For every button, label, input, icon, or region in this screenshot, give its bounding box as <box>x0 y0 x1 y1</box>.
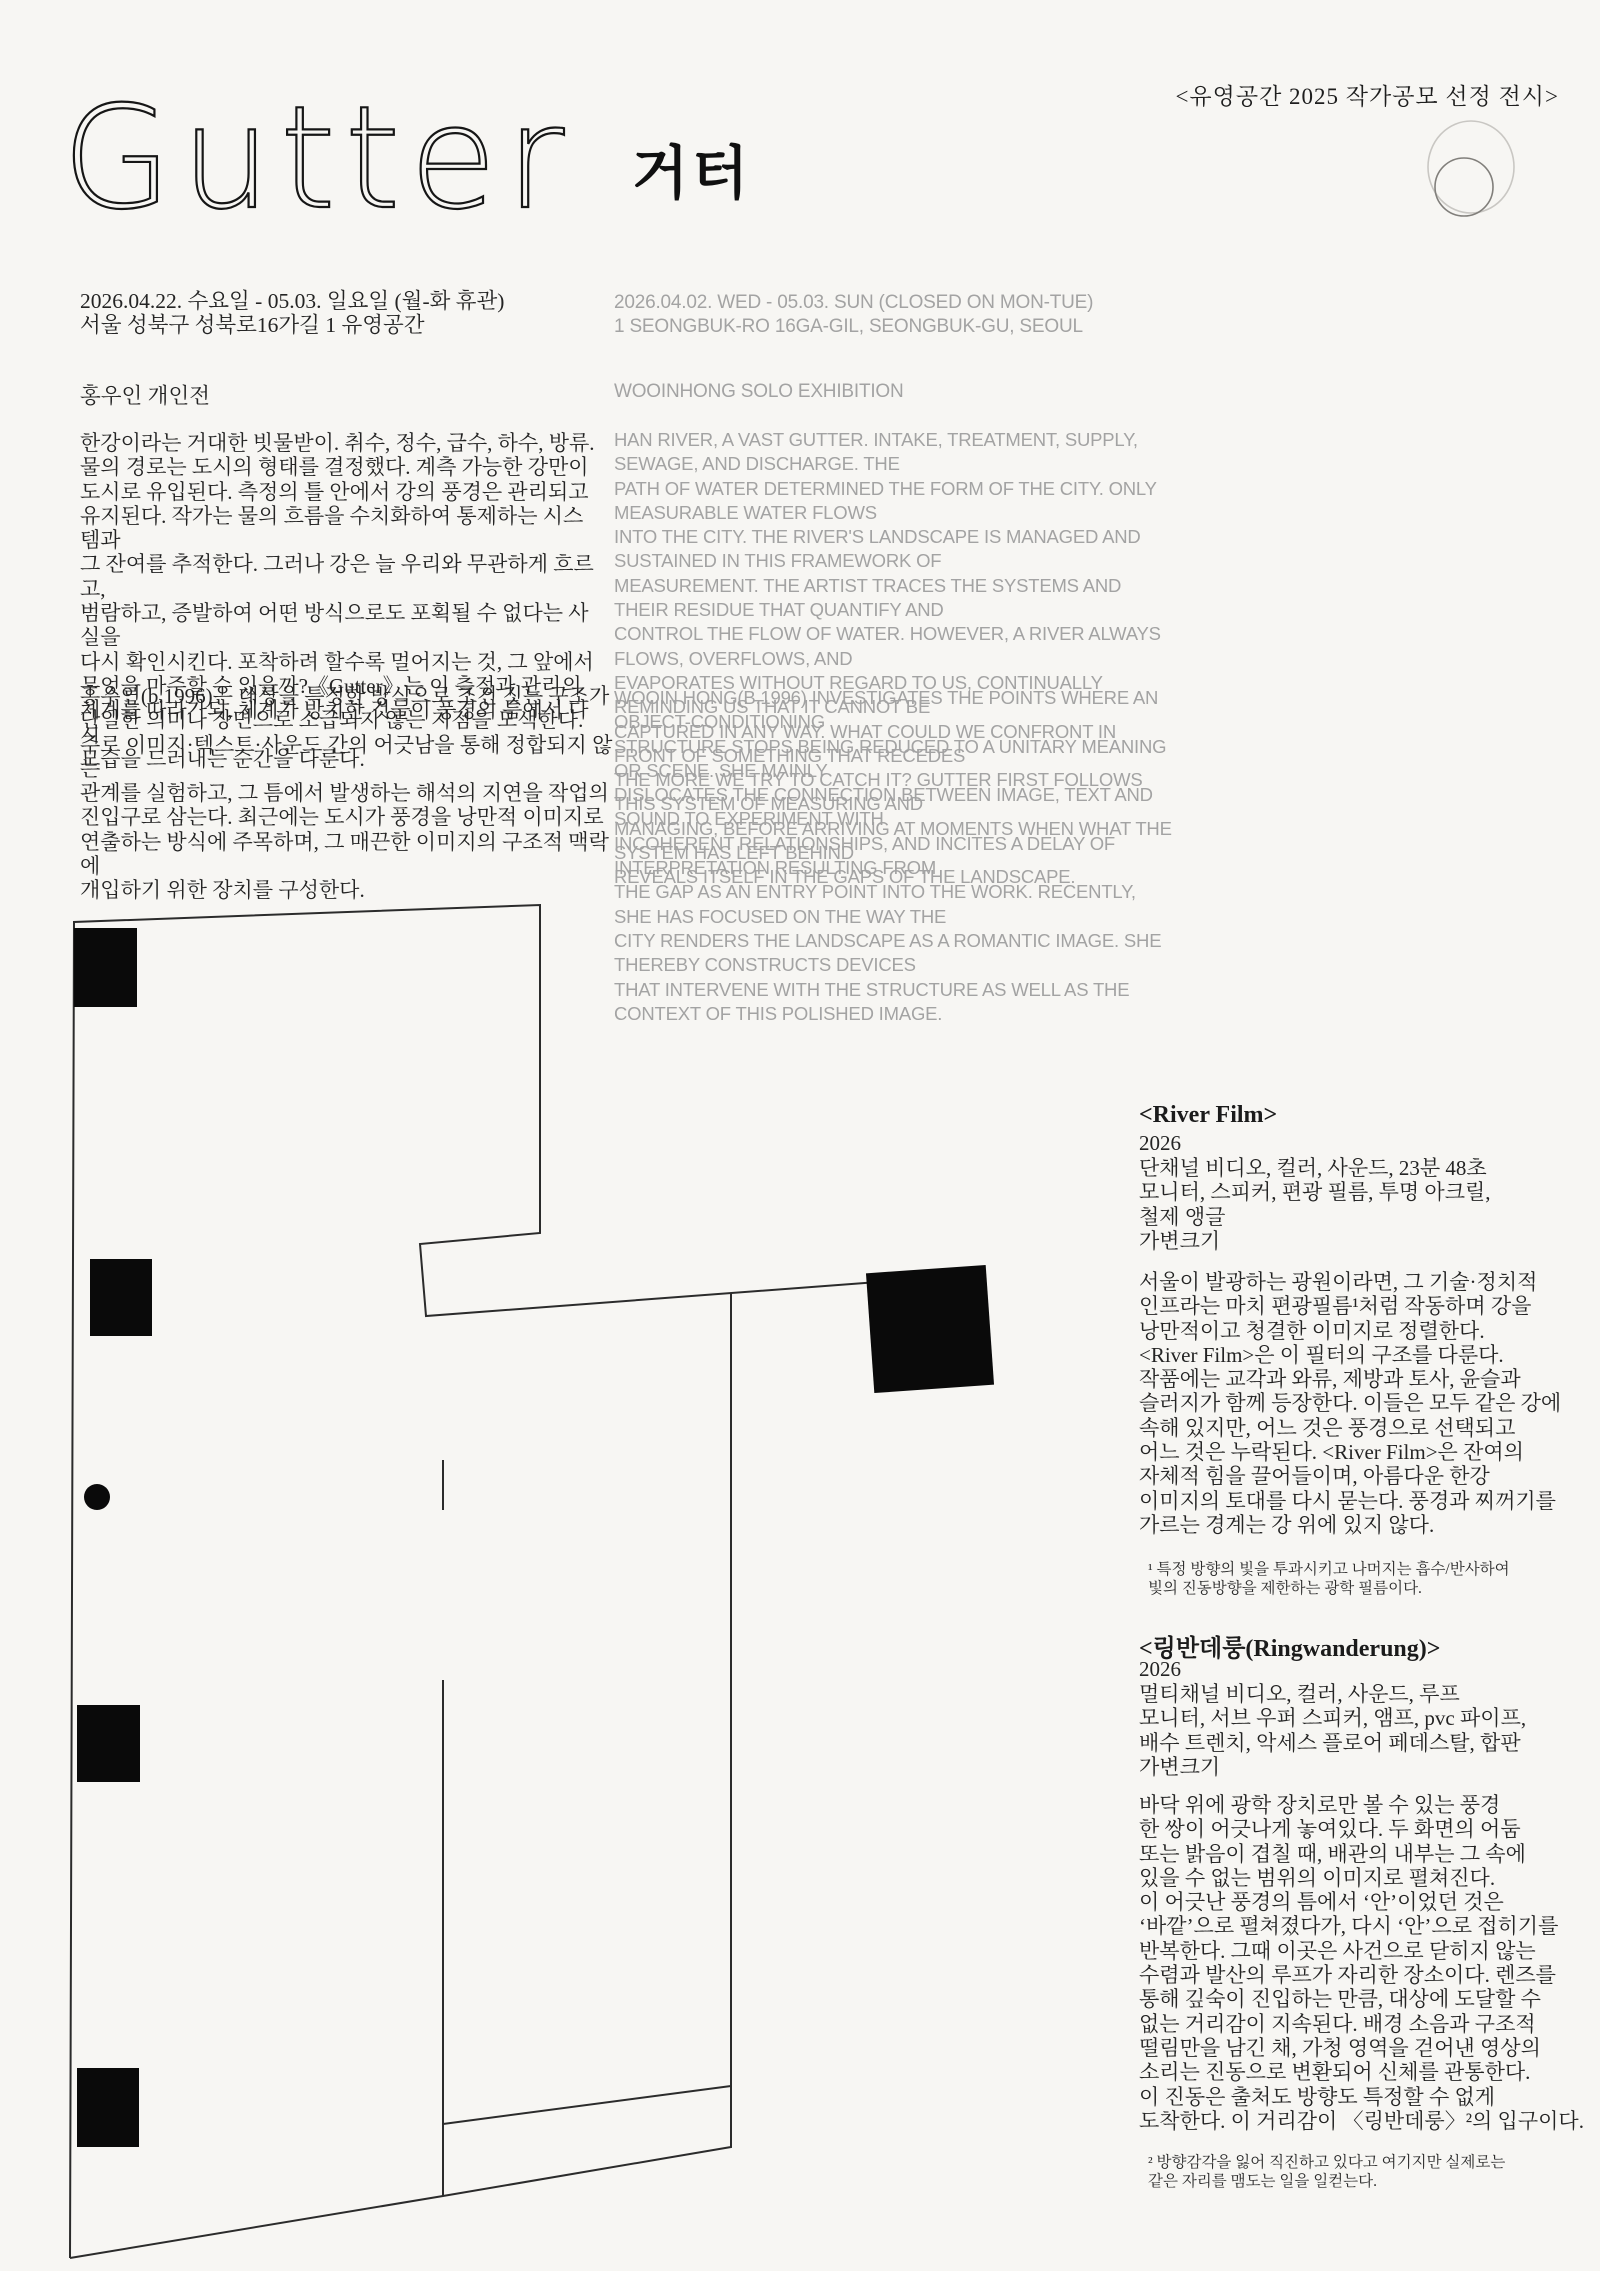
work-ring-body: 바닥 위에 광학 장치로만 볼 수 있는 풍경 한 쌍이 어긋나게 놓여있다. … <box>1139 1793 1589 2133</box>
dates-english: 2026.04.02. WED - 05.03. SUN (CLOSED ON … <box>614 291 1093 340</box>
logo-wordmark: Gutter <box>62 88 573 230</box>
marker-dot <box>84 1484 110 1510</box>
marker-square-1 <box>74 928 137 1007</box>
work-river-details: 2026 단채널 비디오, 컬러, 사운드, 23분 48초 모니터, 스피커,… <box>1139 1131 1491 1254</box>
work-river-title: <River Film> <box>1139 1102 1277 1129</box>
plan-outline-lower <box>70 1294 731 2258</box>
poster: <유영공간 2025 작가공모 선정 전시> Gutter 거터 2026.04… <box>0 0 1600 2271</box>
marker-square-2 <box>90 1259 152 1336</box>
bio-english: WOOIN HONG(B.1996) INVESTIGATES THE POIN… <box>614 686 1174 1026</box>
solo-english: WOOINHONG SOLO EXHIBITION <box>614 381 904 403</box>
plan-ramp-line <box>443 2086 731 2124</box>
plan-markers <box>74 928 994 2147</box>
bio-korean: 홍우인(b.1996)은 대상을 특정한 방식으로 조건 짓는 구조가 단일한 … <box>80 684 620 903</box>
marker-square-3 <box>77 1705 140 1782</box>
dates-korean: 2026.04.22. 수요일 - 05.03. 일요일 (월-화 휴관) 서울… <box>80 289 504 338</box>
marker-square-4 <box>77 2068 139 2147</box>
marker-square-tilted <box>866 1265 994 1393</box>
logo-korean: 거터 <box>632 126 752 210</box>
circle-logo <box>1428 121 1514 216</box>
plan-outline-upper <box>70 905 878 2258</box>
solo-korean: 홍우인 개인전 <box>80 379 210 410</box>
plan-walls <box>70 905 878 2258</box>
work-ring-footnote: ² 방향감각을 잃어 직진하고 있다고 여기지만 실제로는 같은 자리를 맴도는… <box>1148 2153 1578 2191</box>
circle-logo-inner <box>1435 158 1493 216</box>
work-river-footnote: ¹ 특정 방향의 빛을 투과시키고 나머지는 흡수/반사하여 빛의 진동방향을 … <box>1148 1560 1578 1598</box>
work-ring-details: 2026 멀티채널 비디오, 컬러, 사운드, 루프 모니터, 서브 우퍼 스피… <box>1139 1657 1526 1780</box>
exhibition-note: <유영공간 2025 작가공모 선정 전시> <box>1175 78 1559 111</box>
work-river-body: 서울이 발광하는 광원이라면, 그 기술·정치적 인프라는 마치 편광필름¹처럼… <box>1139 1270 1589 1537</box>
circle-logo-outer <box>1428 121 1514 213</box>
